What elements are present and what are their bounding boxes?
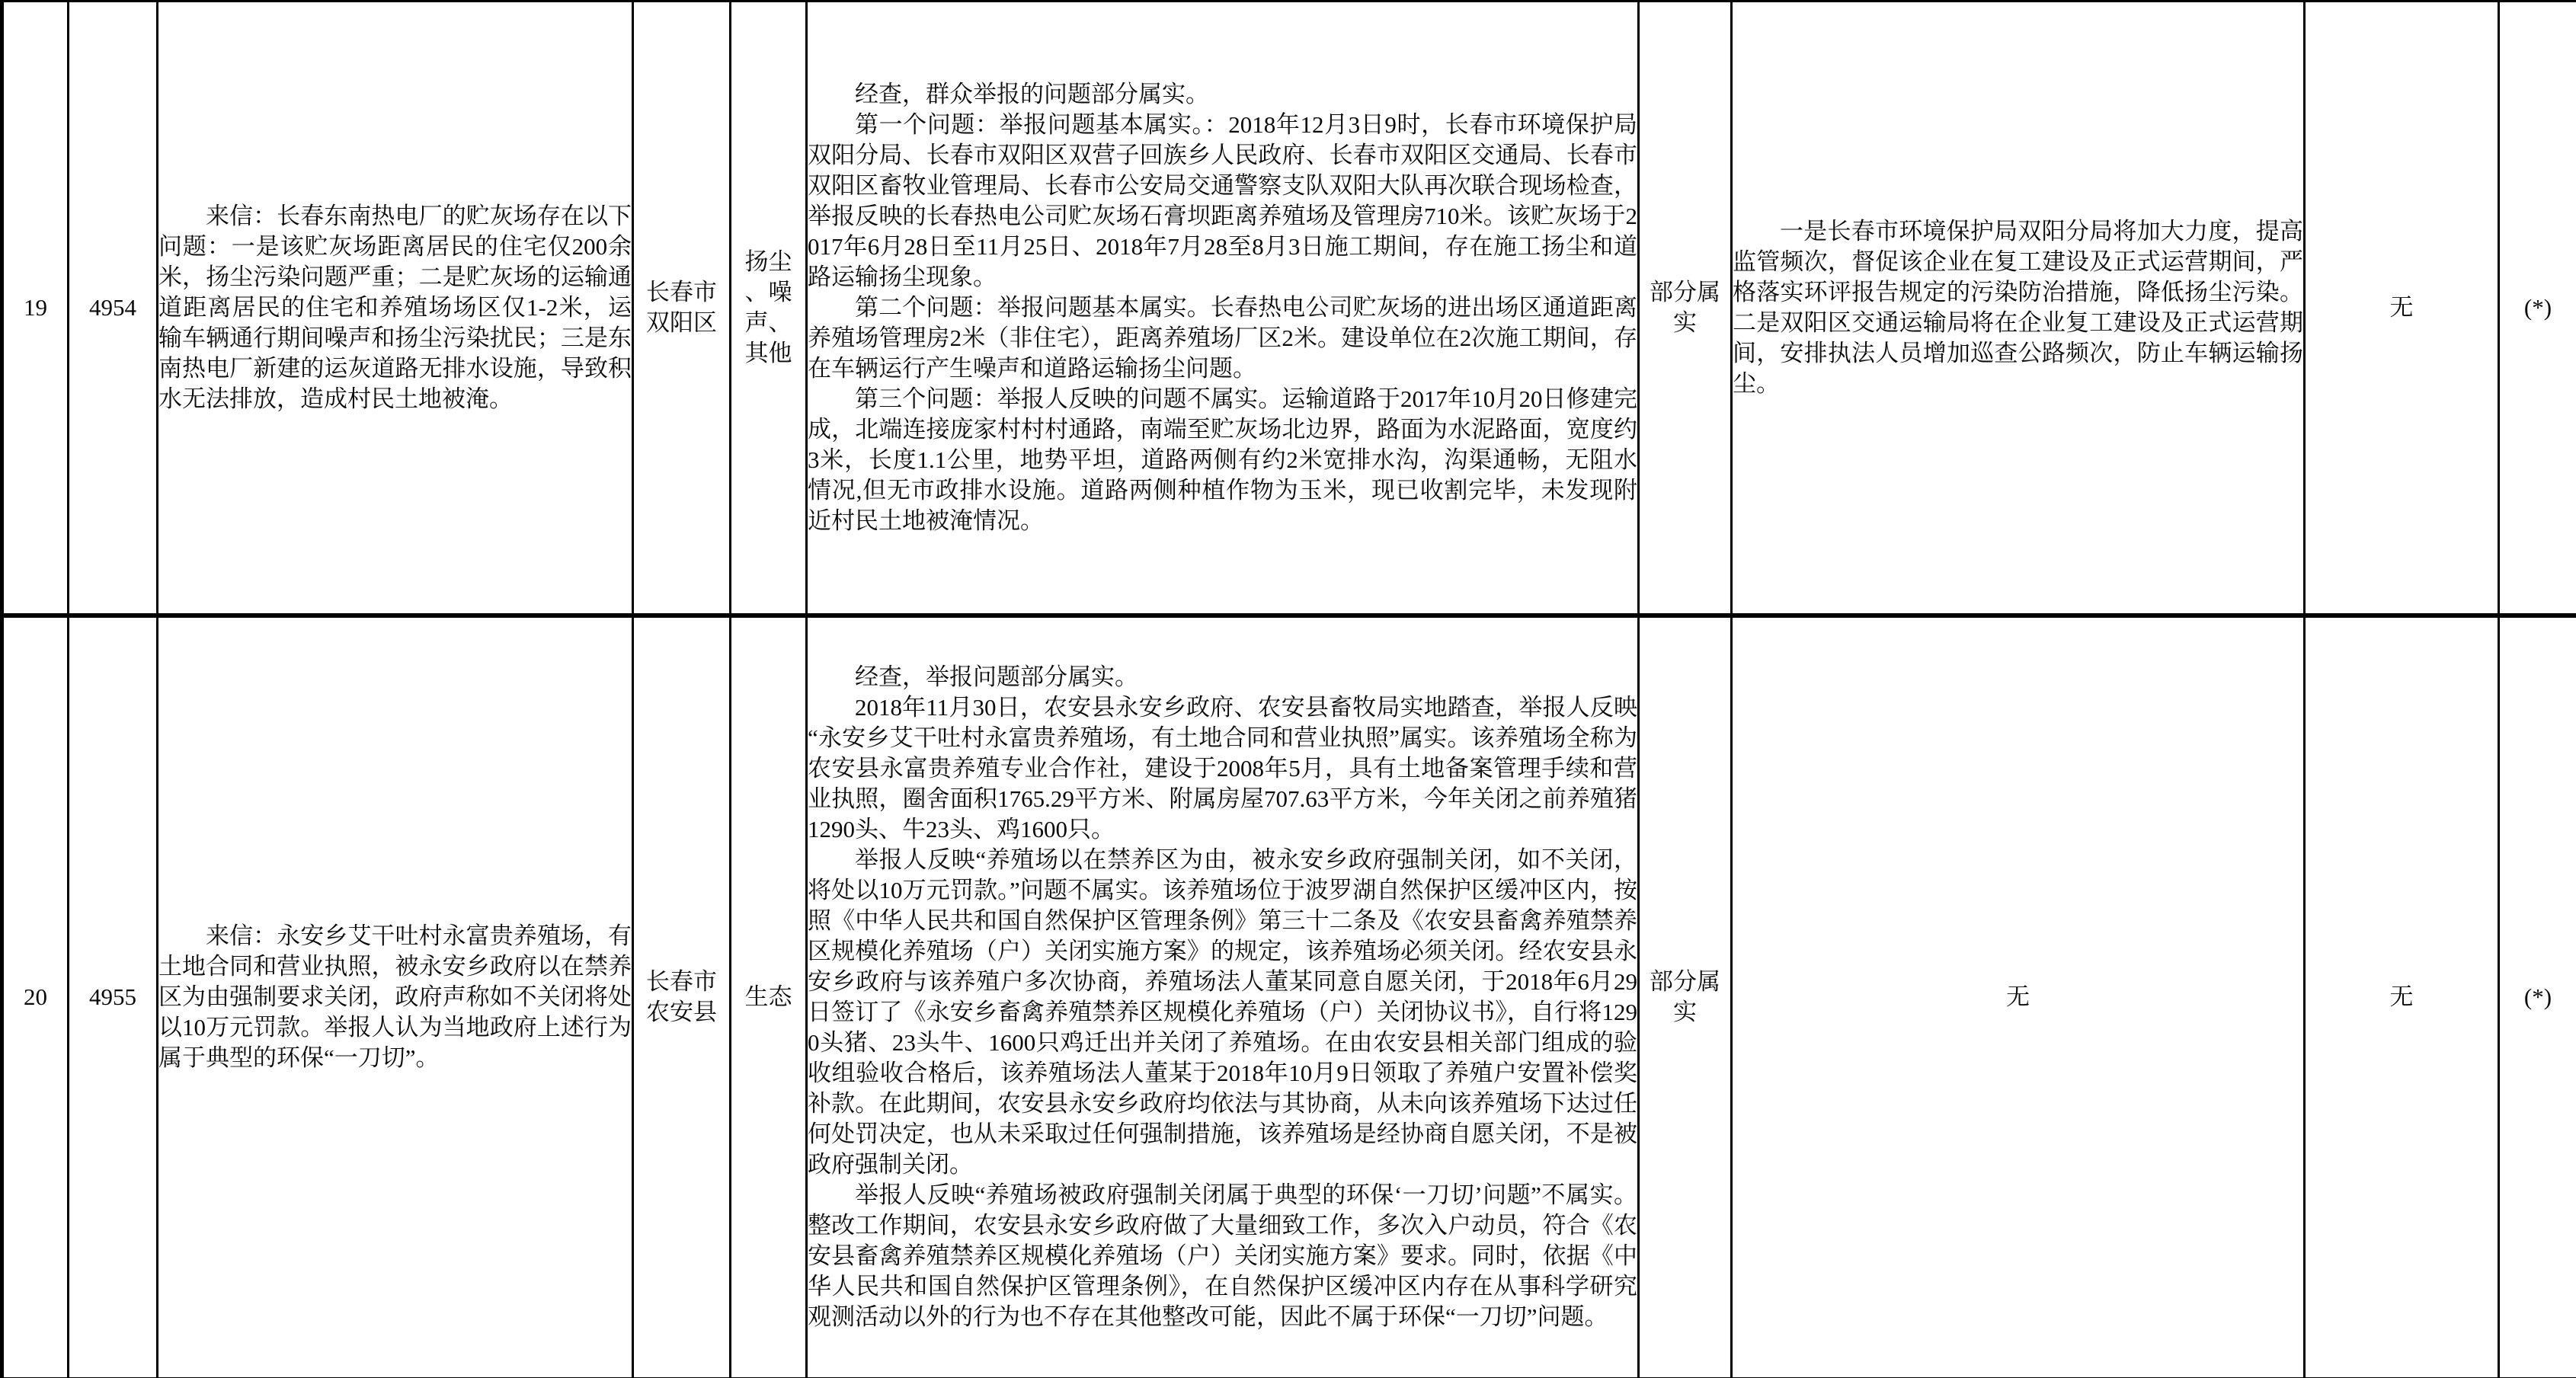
investigation-cell: 经查，群众举报的问题部分属实。第一个问题：举报问题基本属实。：2018年12月3… (807, 2, 1639, 615)
seq-cell: 20 (2, 615, 69, 1378)
complaint-cell: 来信：长春东南热电厂的贮灰场存在以下问题：一是该贮灰场距离居民的住宅仅200余米… (158, 2, 633, 615)
case-no-cell: 4954 (69, 2, 158, 615)
report-table-page: 19 4954 来信：长春东南热电厂的贮灰场存在以下问题：一是该贮灰场距离居民的… (0, 0, 2576, 1378)
region-text: 长春市双阳区 (646, 277, 717, 338)
region-cell: 长春市双阳区 (633, 2, 731, 615)
investigation-text: 经查，群众举报的问题部分属实。第一个问题：举报问题基本属实。：2018年12月3… (808, 79, 1637, 536)
complaint-text: 来信：长春东南热电厂的贮灰场存在以下问题：一是该贮灰场距离居民的住宅仅200余米… (158, 201, 632, 414)
verification-text: 部分属实 (1650, 967, 1720, 1028)
table-row: 19 4954 来信：长春东南热电厂的贮灰场存在以下问题：一是该贮灰场距离居民的… (2, 2, 2576, 615)
category-cell: 生态 (731, 615, 807, 1378)
complaints-table: 19 4954 来信：长春东南热电厂的贮灰场存在以下问题：一是该贮灰场距离居民的… (0, 0, 2576, 1378)
seq-cell: 19 (2, 2, 69, 615)
remark-cell: (*) (2499, 615, 2576, 1378)
region-cell: 长春市农安县 (633, 615, 731, 1378)
verification-text: 部分属实 (1650, 277, 1720, 338)
complaint-text: 来信：永安乡艾干吐村永富贵养殖场，有土地合同和营业执照，被永安乡政府以在禁养区为… (158, 921, 632, 1073)
category-cell: 扬尘、噪声、其他 (731, 2, 807, 615)
measures-cell: 无 (1732, 615, 2305, 1378)
measures-cell: 一是长春市环境保护局双阳分局将加大力度，提高监管频次，督促该企业在复工建设及正式… (1732, 2, 2305, 615)
complaint-cell: 来信：永安乡艾干吐村永富贵养殖场，有土地合同和营业执照，被永安乡政府以在禁养区为… (158, 615, 633, 1378)
investigation-text: 经查，举报问题部分属实。2018年11月30日，农安县永安乡政府、农安县畜牧局实… (808, 662, 1637, 1332)
investigation-cell: 经查，举报问题部分属实。2018年11月30日，农安县永安乡政府、农安县畜牧局实… (807, 615, 1639, 1378)
verification-cell: 部分属实 (1639, 2, 1732, 615)
category-text: 扬尘、噪声、其他 (745, 247, 792, 369)
accountability-cell: 无 (2305, 615, 2499, 1378)
table-row: 20 4955 来信：永安乡艾干吐村永富贵养殖场，有土地合同和营业执照，被永安乡… (2, 615, 2576, 1378)
accountability-cell: 无 (2305, 2, 2499, 615)
remark-cell: (*) (2499, 2, 2576, 615)
verification-cell: 部分属实 (1639, 615, 1732, 1378)
measures-text: 一是长春市环境保护局双阳分局将加大力度，提高监管频次，督促该企业在复工建设及正式… (1733, 216, 2303, 399)
case-no-cell: 4955 (69, 615, 158, 1378)
category-text: 生态 (745, 982, 792, 1012)
region-text: 长春市农安县 (646, 967, 717, 1028)
